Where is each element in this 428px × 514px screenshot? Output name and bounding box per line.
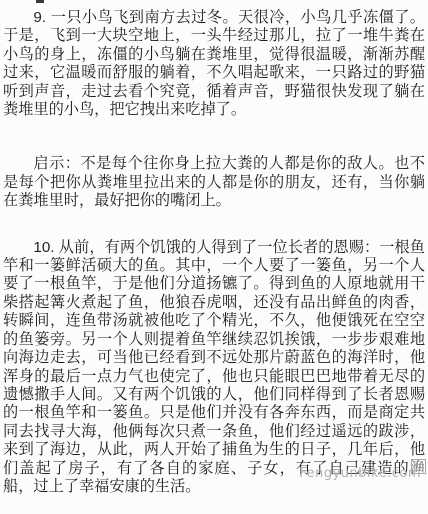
cropped-text-fragment [36,0,44,3]
paragraph-story-10: 10. 从前，有两个饥饿的人得到了一位长者的恩赐：一根鱼竿和一篓鲜活硕大的鱼。其… [3,239,425,497]
paragraph-moral-9: 启示：不是每个往你身上拉大粪的人都是你的敌人。也不是每个把你从粪堆里拉出来的人都… [3,155,425,210]
document-page: 9. 一只小鸟飞到南方去过冬。天很冷，小鸟几乎冻僵了。于是，飞到一大块空地上，一… [0,0,428,514]
paragraph-story-9: 9. 一只小鸟飞到南方去过冬。天很冷，小鸟几乎冻僵了。于是，飞到一大块空地上，一… [3,9,425,119]
watermark-site-text: Fengyunbike.com [299,466,421,481]
